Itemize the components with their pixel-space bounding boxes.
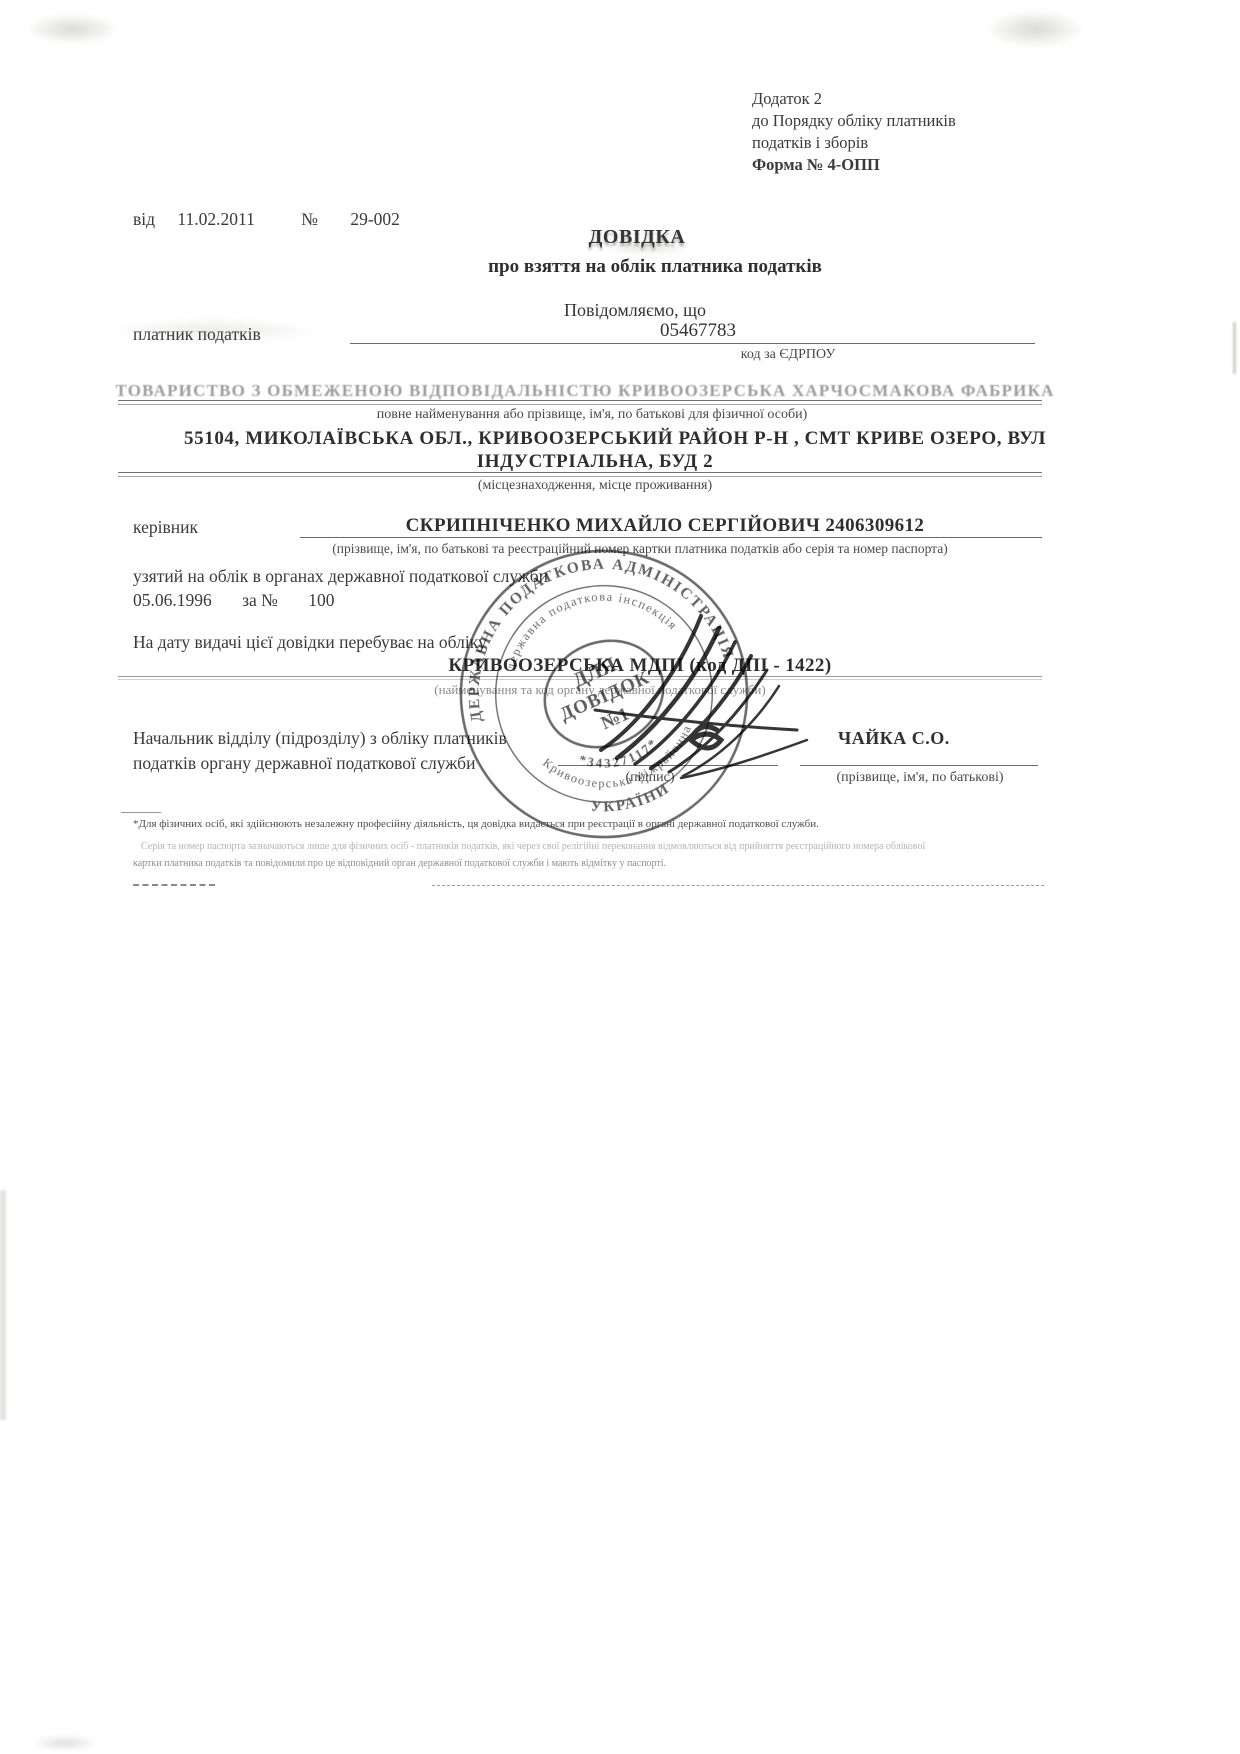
short-dashed-rule [133, 884, 215, 886]
address-line-1: 55104, МИКОЛАЇВСЬКА ОБЛ., КРИВООЗЕРСЬКИЙ… [184, 428, 1046, 450]
current-office-line: На дату видачі цієї довідки перебуває на… [133, 632, 487, 653]
address-caption: (місцезнаходження, місце проживання) [478, 478, 712, 494]
doc-date-line: від 11.02.2011 № 29-002 [133, 209, 400, 230]
scan-artifact [30, 1736, 100, 1750]
taxpayer-name: ТОВАРИСТВО З ОБМЕЖЕНОЮ ВІДПОВІДАЛЬНІСТЮ … [115, 381, 1054, 401]
scan-artifact [25, 14, 120, 44]
doc-title: ДОВІДКА [589, 226, 686, 249]
long-dashed-rule [432, 885, 1044, 886]
scan-artifact [0, 1190, 6, 1420]
date-value: 11.02.2011 [177, 209, 254, 229]
head-label: керівник [133, 517, 198, 538]
official-title-line-1: Начальник відділу (підрозділу) з обліку … [133, 728, 507, 749]
name-underline [118, 400, 1042, 405]
taxpayer-label: платник податків [133, 324, 261, 345]
fullname-line [800, 765, 1038, 766]
fullname-caption: (прізвище, ім'я, по батькові) [836, 770, 1003, 786]
footnote-separator [121, 812, 161, 813]
address-underline [118, 472, 1042, 477]
handwritten-signature [583, 598, 823, 798]
scanned-document-page: Додаток 2 до Порядку обліку платників по… [0, 0, 1240, 1754]
footnote-1: *Для фізичних осіб, які здійснюють незал… [133, 818, 819, 830]
signer-name: ЧАЙКА С.О. [838, 728, 950, 749]
registration-date: 05.06.1996 [133, 590, 212, 610]
doc-subtitle: про взяття на облік платника податків [488, 256, 822, 278]
number-value: 29-002 [350, 209, 400, 229]
footnote-3: картки платника податків та повідомили п… [133, 858, 666, 869]
form-reference-block: Додаток 2 до Порядку обліку платників по… [752, 88, 956, 176]
appendix-line: Додаток 2 [752, 88, 956, 110]
form-number: Форма № 4-ОПП [752, 154, 956, 176]
footnote-2: Серія та номер паспорта зазначаються лиш… [141, 841, 925, 852]
number-sign: № [301, 209, 318, 229]
registration-number: 100 [308, 590, 334, 610]
edrpou-caption: код за ЄДРПОУ [741, 347, 835, 363]
address-line-2: ІНДУСТРІАЛЬНА, БУД 2 [477, 451, 714, 473]
registration-za-no: за № [242, 590, 278, 610]
notify-line: Повідомляємо, що [564, 300, 706, 321]
scan-artifact [1233, 322, 1236, 374]
edrpou-underline [350, 343, 1035, 344]
scan-artifact [985, 10, 1085, 48]
official-title-line-2: податків органу державної податкової слу… [133, 753, 475, 774]
date-label: від [133, 209, 155, 229]
appendix-line: податків і зборів [752, 132, 956, 154]
name-caption: повне найменування або прізвище, ім'я, п… [377, 407, 808, 423]
appendix-line: до Порядку обліку платників [752, 110, 956, 132]
edrpou-value: 05467783 [660, 320, 736, 342]
registration-date-line: 05.06.1996 за № 100 [133, 590, 335, 611]
